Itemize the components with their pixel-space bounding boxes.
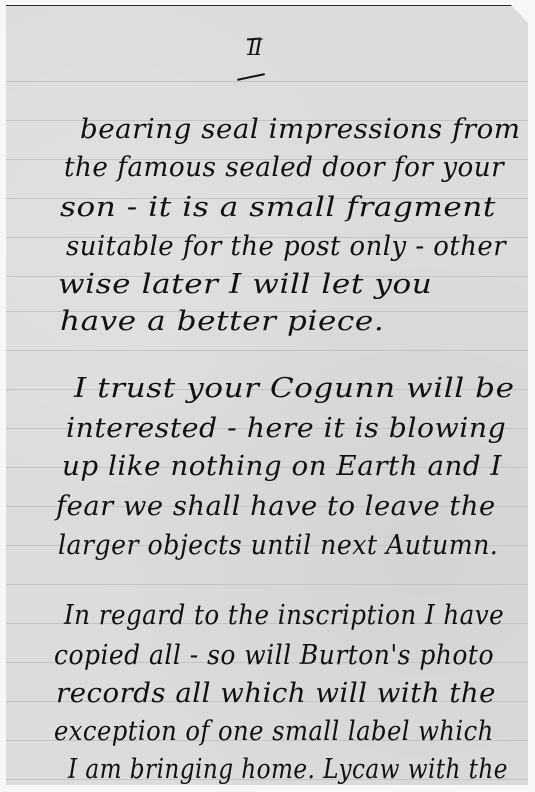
text-line: wise later I will let you	[58, 269, 432, 300]
text-line: fear we shall have to leave the	[56, 491, 496, 522]
letter-page: II bearing seal impressions from the fam…	[6, 5, 528, 786]
text-line: have a better piece.	[60, 306, 384, 337]
text-line: son - it is a small fragment	[60, 192, 496, 223]
text-line: In regard to the inscription I have	[64, 600, 504, 631]
text-line: the famous sealed door for your	[64, 152, 504, 183]
text-line: bearing seal impressions from	[80, 114, 521, 145]
ruled-line	[6, 350, 528, 351]
page-number-underline	[237, 73, 265, 81]
text-line: I am bringing home. Lycaw with the	[68, 754, 508, 785]
text-line: larger objects until next Autumn.	[58, 530, 498, 561]
page-number: II	[234, 36, 274, 61]
text-line: I trust your Cogunn will be	[74, 373, 515, 404]
text-line: interested - here it is blowing	[66, 413, 506, 444]
ruled-line	[6, 81, 528, 82]
text-line: exception of one small label which	[54, 716, 494, 747]
ruled-line	[6, 584, 528, 585]
text-line: copied all - so will Burton's photo	[54, 640, 494, 671]
text-line: records all which will with the	[56, 678, 496, 709]
text-line: suitable for the post only - other	[66, 231, 506, 262]
text-line: up like nothing on Earth and I	[62, 451, 502, 482]
